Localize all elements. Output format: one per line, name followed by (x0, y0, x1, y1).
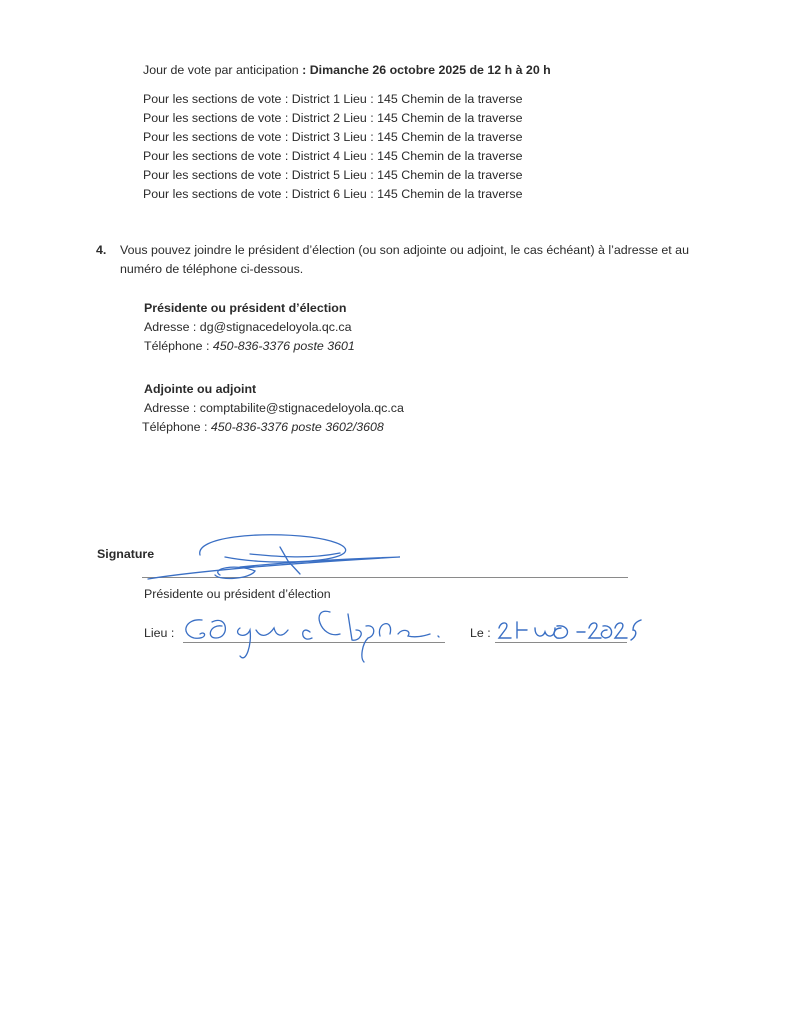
section-line: Pour les sections de vote : District 3 L… (143, 130, 522, 144)
deputy-email: comptabilite@stignacedeloyola.qc.ca (200, 401, 404, 415)
advance-vote-value: : Dimanche 26 octobre 2025 de 12 h à 20 … (302, 63, 551, 77)
president-email: dg@stignacedeloyola.qc.ca (200, 320, 352, 334)
handwritten-date: 21-10-2025 (495, 614, 645, 644)
president-title: Présidente ou président d’élection (144, 301, 346, 315)
president-phone: Téléphone : 450-836-3376 poste 3601 (144, 339, 355, 353)
item-text-line2: numéro de téléphone ci-dessous. (120, 262, 303, 276)
deputy-title: Adjointe ou adjoint (144, 382, 256, 396)
item-number: 4. (96, 243, 106, 257)
deputy-address: Adresse : comptabilite@stignacedeloyola.… (144, 401, 404, 415)
signature-caption: Présidente ou président d’élection (144, 587, 331, 601)
section-line: Pour les sections de vote : District 6 L… (143, 187, 522, 201)
section-line: Pour les sections de vote : District 2 L… (143, 111, 522, 125)
advance-vote-line: Jour de vote par anticipation : Dimanche… (143, 63, 551, 77)
president-address: Adresse : dg@stignacedeloyola.qc.ca (144, 320, 352, 334)
place-label: Lieu : (144, 626, 174, 640)
section-line: Pour les sections de vote : District 1 L… (143, 92, 522, 106)
deputy-phone: Téléphone : 450-836-3376 poste 3602/3608 (142, 420, 384, 434)
item-text-line1: Vous pouvez joindre le président d’élect… (120, 243, 689, 257)
handwritten-place: St-Ignace-de-Loyola (180, 604, 450, 668)
handwritten-signature (140, 527, 440, 587)
section-line: Pour les sections de vote : District 4 L… (143, 149, 522, 163)
advance-vote-label: Jour de vote par anticipation (143, 63, 302, 77)
date-label: Le : (470, 626, 491, 640)
section-line: Pour les sections de vote : District 5 L… (143, 168, 522, 182)
